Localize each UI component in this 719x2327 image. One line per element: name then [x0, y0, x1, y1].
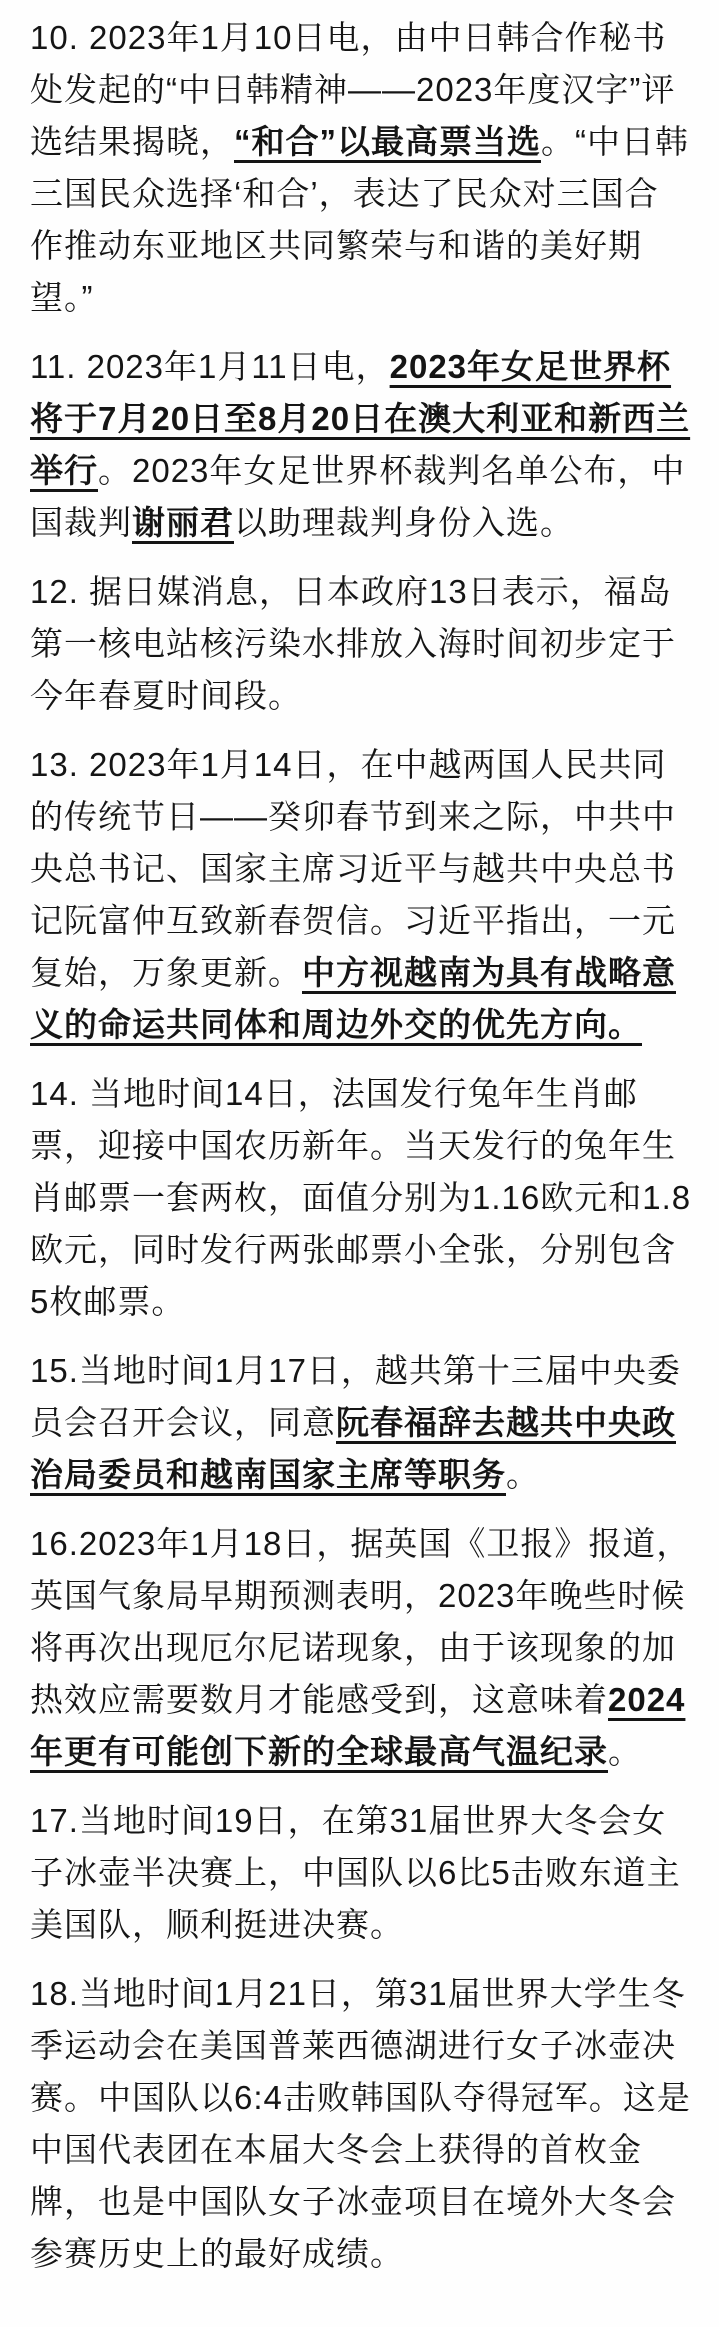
news-item-18: 18.当地时间1月21日，第31届世界大学生冬季运动会在美国普莱西德湖进行女子冰…	[30, 1968, 692, 2280]
news-item-15: 15.当地时间1月17日，越共第十三届中央委员会召开会议，同意阮春福辞去越共中央…	[30, 1345, 692, 1501]
emphasized-text: 谢丽君	[132, 504, 234, 541]
body-text: 11. 2023年1月11日电，	[30, 348, 390, 385]
body-text: 14. 当地时间14日，法国发行兔年生肖邮票，迎接中国农历新年。当天发行的兔年生…	[30, 1075, 691, 1320]
news-item-14: 14. 当地时间14日，法国发行兔年生肖邮票，迎接中国农历新年。当天发行的兔年生…	[30, 1068, 692, 1328]
body-text: 16.2023年1月18日，据英国《卫报》报道，英国气象局早期预测表明，2023…	[30, 1525, 690, 1718]
body-text: 17.当地时间19日，在第31届世界大冬会女子冰壶半决赛上，中国队以6比5击败东…	[30, 1802, 681, 1943]
news-item-11: 11. 2023年1月11日电，2023年女足世界杯将于7月20日至8月20日在…	[30, 341, 692, 549]
news-item-12: 12. 据日媒消息，日本政府13日表示，福岛第一核电站核污染水排放入海时间初步定…	[30, 566, 692, 722]
news-item-10: 10. 2023年1月10日电，由中日韩合作秘书处发起的“中日韩精神——2023…	[30, 12, 692, 324]
body-text: 以助理裁判身份入选。	[234, 504, 574, 541]
body-text: 12. 据日媒消息，日本政府13日表示，福岛第一核电站核污染水排放入海时间初步定…	[30, 573, 676, 714]
body-text: 。	[506, 1456, 540, 1493]
body-text: 。	[608, 1733, 642, 1770]
body-text: 18.当地时间1月21日，第31届世界大学生冬季运动会在美国普莱西德湖进行女子冰…	[30, 1975, 691, 2272]
news-item-13: 13. 2023年1月14日，在中越两国人民共同的传统节日——癸卯春节到来之际，…	[30, 739, 692, 1051]
news-digest-document: 10. 2023年1月10日电，由中日韩合作秘书处发起的“中日韩精神——2023…	[0, 0, 719, 2321]
emphasized-text: “和合”以最高票当选	[234, 123, 541, 160]
news-item-17: 17.当地时间19日，在第31届世界大冬会女子冰壶半决赛上，中国队以6比5击败东…	[30, 1795, 692, 1951]
news-item-16: 16.2023年1月18日，据英国《卫报》报道，英国气象局早期预测表明，2023…	[30, 1518, 692, 1778]
